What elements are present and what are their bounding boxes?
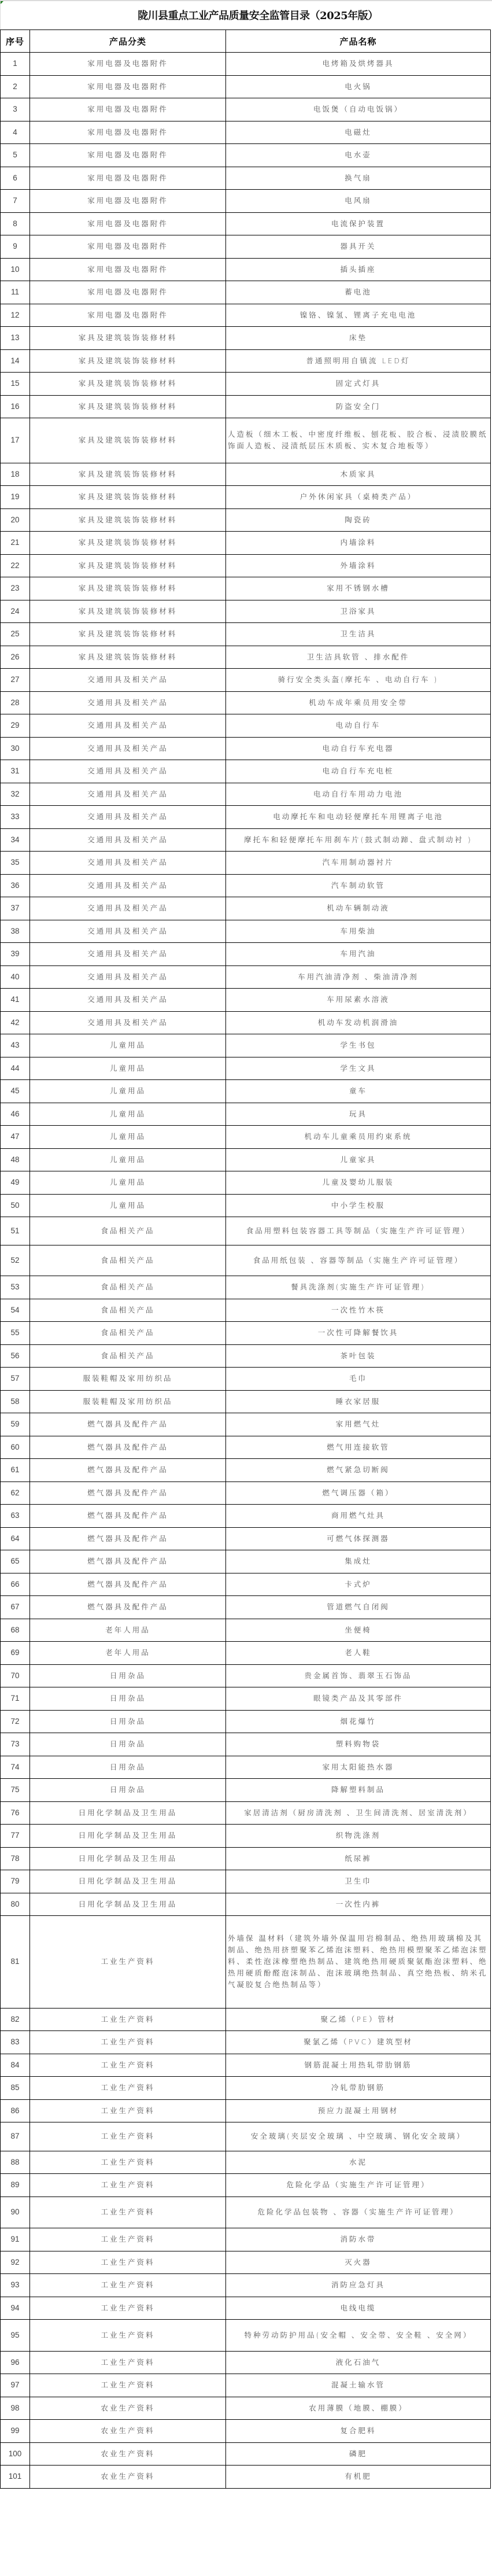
cell-seq[interactable]: 72	[1, 1710, 30, 1733]
cell-product-name[interactable]: 学生文具	[226, 1057, 491, 1080]
cell-category[interactable]: 交通用具及相关产品	[30, 669, 226, 692]
cell-seq[interactable]: 1	[1, 53, 30, 76]
cell-product-name[interactable]: 安全玻璃(夹层安全玻璃 、中空玻璃、钢化安全玻璃）	[226, 2122, 491, 2151]
cell-seq[interactable]: 62	[1, 1482, 30, 1505]
cell-product-name[interactable]: 消防应急灯具	[226, 2274, 491, 2297]
cell-category[interactable]: 儿童用品	[30, 1171, 226, 1195]
cell-seq[interactable]: 76	[1, 1801, 30, 1825]
cell-seq[interactable]: 14	[1, 349, 30, 373]
cell-category[interactable]: 家具及建筑装饰装修材料	[30, 349, 226, 373]
cell-category[interactable]: 交通用具及相关产品	[30, 760, 226, 783]
cell-product-name[interactable]: 液化石油气	[226, 2351, 491, 2374]
cell-category[interactable]: 工业生产资料	[30, 2077, 226, 2100]
cell-product-name[interactable]: 电水壶	[226, 144, 491, 167]
cell-product-name[interactable]: 电动自行车用动力电池	[226, 783, 491, 806]
cell-product-name[interactable]: 一次性可降解餐饮具	[226, 1322, 491, 1345]
cell-category[interactable]: 家用电器及电器附件	[30, 258, 226, 281]
cell-seq[interactable]: 82	[1, 2008, 30, 2031]
cell-product-name[interactable]: 茶叶包装	[226, 1344, 491, 1368]
cell-seq[interactable]: 67	[1, 1596, 30, 1619]
cell-seq[interactable]: 63	[1, 1505, 30, 1528]
cell-category[interactable]: 工业生产资料	[30, 2054, 226, 2077]
cell-seq[interactable]: 49	[1, 1171, 30, 1195]
cell-product-name[interactable]: 燃气紧急切断阀	[226, 1459, 491, 1482]
cell-seq[interactable]: 45	[1, 1080, 30, 1103]
cell-seq[interactable]: 74	[1, 1756, 30, 1779]
cell-seq[interactable]: 3	[1, 98, 30, 121]
cell-seq[interactable]: 31	[1, 760, 30, 783]
cell-category[interactable]: 家用电器及电器附件	[30, 98, 226, 121]
cell-category[interactable]: 交通用具及相关产品	[30, 828, 226, 852]
cell-category[interactable]: 儿童用品	[30, 1148, 226, 1171]
cell-category[interactable]: 燃气器具及配件产品	[30, 1505, 226, 1528]
cell-product-name[interactable]: 外墙涂料	[226, 554, 491, 577]
cell-category[interactable]: 日用杂品	[30, 1779, 226, 1802]
cell-product-name[interactable]: 卫生洁具	[226, 623, 491, 646]
cell-product-name[interactable]: 预应力混凝土用钢材	[226, 2099, 491, 2122]
cell-category[interactable]: 家具及建筑装饰装修材料	[30, 373, 226, 396]
cell-seq[interactable]: 86	[1, 2099, 30, 2122]
cell-category[interactable]: 交通用具及相关产品	[30, 874, 226, 897]
cell-category[interactable]: 家用电器及电器附件	[30, 235, 226, 259]
cell-seq[interactable]: 16	[1, 395, 30, 418]
cell-product-name[interactable]: 食品用纸包装 、容器等制品（实施生产许可证管理）	[226, 1245, 491, 1276]
cell-product-name[interactable]: 织物洗涤剂	[226, 1825, 491, 1848]
cell-category[interactable]: 日用化学制品及卫生用品	[30, 1893, 226, 1916]
cell-category[interactable]: 服装鞋帽及家用纺织品	[30, 1390, 226, 1413]
cell-seq[interactable]: 2	[1, 75, 30, 98]
cell-category[interactable]: 日用化学制品及卫生用品	[30, 1825, 226, 1848]
cell-category[interactable]: 交通用具及相关产品	[30, 989, 226, 1012]
cell-category[interactable]: 家具及建筑装饰装修材料	[30, 600, 226, 623]
cell-product-name[interactable]: 电磁灶	[226, 121, 491, 144]
cell-seq[interactable]: 96	[1, 2351, 30, 2374]
cell-seq[interactable]: 66	[1, 1573, 30, 1596]
cell-product-name[interactable]: 玩具	[226, 1103, 491, 1126]
cell-category[interactable]: 燃气器具及配件产品	[30, 1550, 226, 1573]
cell-product-name[interactable]: 食品用塑料包装容器工具等制品（实施生产许可证管理）	[226, 1217, 491, 1245]
cell-category[interactable]: 儿童用品	[30, 1034, 226, 1057]
cell-category[interactable]: 交通用具及相关产品	[30, 714, 226, 738]
cell-seq[interactable]: 30	[1, 737, 30, 760]
cell-product-name[interactable]: 可燃气体探测器	[226, 1527, 491, 1550]
cell-category[interactable]: 日用杂品	[30, 1756, 226, 1779]
cell-category[interactable]: 农业生产资料	[30, 2466, 226, 2489]
cell-category[interactable]: 家具及建筑装饰装修材料	[30, 486, 226, 509]
cell-product-name[interactable]: 机动车儿童乘员用约束系统	[226, 1126, 491, 1149]
cell-seq[interactable]: 56	[1, 1344, 30, 1368]
cell-product-name[interactable]: 燃气调压器（箱）	[226, 1482, 491, 1505]
cell-seq[interactable]: 58	[1, 1390, 30, 1413]
cell-product-name[interactable]: 眼镜类产品及其零部件	[226, 1687, 491, 1711]
cell-product-name[interactable]: 家用太阳能热水器	[226, 1756, 491, 1779]
cell-product-name[interactable]: 一次性竹木筷	[226, 1299, 491, 1322]
cell-seq[interactable]: 85	[1, 2077, 30, 2100]
cell-seq[interactable]: 19	[1, 486, 30, 509]
cell-category[interactable]: 工业生产资料	[30, 2122, 226, 2151]
cell-category[interactable]: 交通用具及相关产品	[30, 806, 226, 829]
cell-category[interactable]: 工业生产资料	[30, 2320, 226, 2352]
cell-category[interactable]: 家具及建筑装饰装修材料	[30, 577, 226, 600]
cell-category[interactable]: 日用杂品	[30, 1733, 226, 1756]
cell-category[interactable]: 燃气器具及配件产品	[30, 1573, 226, 1596]
cell-product-name[interactable]: 电饭煲（自动电饭锅）	[226, 98, 491, 121]
cell-seq[interactable]: 61	[1, 1459, 30, 1482]
cell-category[interactable]: 工业生产资料	[30, 2274, 226, 2297]
cell-product-name[interactable]: 车用柴油	[226, 920, 491, 943]
cell-seq[interactable]: 8	[1, 212, 30, 235]
cell-category[interactable]: 家具及建筑装饰装修材料	[30, 327, 226, 350]
cell-product-name[interactable]: 汽车制动软管	[226, 874, 491, 897]
cell-seq[interactable]: 42	[1, 1011, 30, 1034]
cell-category[interactable]: 日用化学制品及卫生用品	[30, 1801, 226, 1825]
cell-seq[interactable]: 12	[1, 304, 30, 327]
cell-product-name[interactable]: 外墙保 温材料（建筑外墙外保温用岩棉制品、绝热用玻璃棉及其制品、绝热用挤塑聚苯乙…	[226, 1916, 491, 2009]
cell-seq[interactable]: 36	[1, 874, 30, 897]
cell-category[interactable]: 交通用具及相关产品	[30, 691, 226, 714]
cell-category[interactable]: 工业生产资料	[30, 2228, 226, 2251]
cell-product-name[interactable]: 镍铬、镍氢、锂离子充电电池	[226, 304, 491, 327]
cell-seq[interactable]: 11	[1, 281, 30, 304]
cell-product-name[interactable]: 防盗安全门	[226, 395, 491, 418]
cell-product-name[interactable]: 摩托车和轻便摩托车用刹车片(鼓式制动蹄、盘式制动衬 )	[226, 828, 491, 852]
cell-seq[interactable]: 20	[1, 508, 30, 532]
cell-seq[interactable]: 35	[1, 852, 30, 875]
cell-product-name[interactable]: 学生书包	[226, 1034, 491, 1057]
cell-seq[interactable]: 94	[1, 2297, 30, 2320]
cell-seq[interactable]: 69	[1, 1642, 30, 1665]
cell-seq[interactable]: 44	[1, 1057, 30, 1080]
cell-category[interactable]: 交通用具及相关产品	[30, 737, 226, 760]
cell-category[interactable]: 食品相关产品	[30, 1299, 226, 1322]
cell-product-name[interactable]: 固定式灯具	[226, 373, 491, 396]
cell-seq[interactable]: 13	[1, 327, 30, 350]
cell-seq[interactable]: 5	[1, 144, 30, 167]
cell-category[interactable]: 儿童用品	[30, 1080, 226, 1103]
cell-seq[interactable]: 64	[1, 1527, 30, 1550]
cell-product-name[interactable]: 电动自行车充电器	[226, 737, 491, 760]
cell-category[interactable]: 交通用具及相关产品	[30, 897, 226, 920]
cell-category[interactable]: 食品相关产品	[30, 1245, 226, 1276]
cell-seq[interactable]: 50	[1, 1194, 30, 1217]
cell-product-name[interactable]: 儿童家具	[226, 1148, 491, 1171]
cell-product-name[interactable]: 家用不锈钢水槽	[226, 577, 491, 600]
cell-product-name[interactable]: 复合肥料	[226, 2420, 491, 2443]
cell-category[interactable]: 交通用具及相关产品	[30, 783, 226, 806]
cell-seq[interactable]: 26	[1, 646, 30, 669]
cell-seq[interactable]: 99	[1, 2420, 30, 2443]
cell-category[interactable]: 燃气器具及配件产品	[30, 1482, 226, 1505]
cell-category[interactable]: 家具及建筑装饰装修材料	[30, 418, 226, 463]
cell-seq[interactable]: 27	[1, 669, 30, 692]
cell-category[interactable]: 食品相关产品	[30, 1344, 226, 1368]
cell-seq[interactable]: 68	[1, 1619, 30, 1642]
cell-product-name[interactable]: 烟花爆竹	[226, 1710, 491, 1733]
cell-product-name[interactable]: 电动摩托车和电动轻便摩托车用锂离子电池	[226, 806, 491, 829]
cell-seq[interactable]: 77	[1, 1825, 30, 1848]
cell-product-name[interactable]: 卡式炉	[226, 1573, 491, 1596]
cell-category[interactable]: 工业生产资料	[30, 2099, 226, 2122]
cell-seq[interactable]: 34	[1, 828, 30, 852]
cell-seq[interactable]: 46	[1, 1103, 30, 1126]
cell-category[interactable]: 服装鞋帽及家用纺织品	[30, 1368, 226, 1391]
cell-seq[interactable]: 59	[1, 1413, 30, 1436]
cell-seq[interactable]: 80	[1, 1893, 30, 1916]
cell-seq[interactable]: 4	[1, 121, 30, 144]
cell-seq[interactable]: 93	[1, 2274, 30, 2297]
cell-seq[interactable]: 57	[1, 1368, 30, 1391]
cell-category[interactable]: 农业生产资料	[30, 2397, 226, 2420]
cell-seq[interactable]: 22	[1, 554, 30, 577]
cell-product-name[interactable]: 电烤箱及烘烤器具	[226, 53, 491, 76]
cell-seq[interactable]: 40	[1, 965, 30, 989]
cell-product-name[interactable]: 童车	[226, 1080, 491, 1103]
cell-product-name[interactable]: 危险化学品包装物 、容器（实施生产许可证管理）	[226, 2197, 491, 2228]
cell-category[interactable]: 日用化学制品及卫生用品	[30, 1847, 226, 1870]
cell-seq[interactable]: 75	[1, 1779, 30, 1802]
cell-seq[interactable]: 29	[1, 714, 30, 738]
cell-product-name[interactable]: 木质家具	[226, 463, 491, 486]
cell-category[interactable]: 儿童用品	[30, 1194, 226, 1217]
cell-category[interactable]: 老年人用品	[30, 1619, 226, 1642]
cell-seq[interactable]: 18	[1, 463, 30, 486]
cell-seq[interactable]: 73	[1, 1733, 30, 1756]
cell-category[interactable]: 家用电器及电器附件	[30, 190, 226, 213]
cell-seq[interactable]: 78	[1, 1847, 30, 1870]
cell-seq[interactable]: 38	[1, 920, 30, 943]
cell-category[interactable]: 工业生产资料	[30, 2151, 226, 2174]
cell-product-name[interactable]: 车用汽油	[226, 943, 491, 966]
cell-category[interactable]: 工业生产资料	[30, 2374, 226, 2397]
cell-product-name[interactable]: 人造板（细木工板、中密度纤维板、刨花板、胶合板、浸渍胶膜纸饰面人造板、浸渍纸层压…	[226, 418, 491, 463]
cell-category[interactable]: 家具及建筑装饰装修材料	[30, 623, 226, 646]
cell-category[interactable]: 交通用具及相关产品	[30, 1011, 226, 1034]
cell-product-name[interactable]: 一次性内裤	[226, 1893, 491, 1916]
cell-product-name[interactable]: 器具开关	[226, 235, 491, 259]
cell-product-name[interactable]: 餐具洗涤剂(实施生产许可证管理)	[226, 1276, 491, 1299]
cell-product-name[interactable]: 内墙涂料	[226, 532, 491, 555]
cell-seq[interactable]: 90	[1, 2197, 30, 2228]
cell-category[interactable]: 家具及建筑装饰装修材料	[30, 395, 226, 418]
cell-product-name[interactable]: 坐便椅	[226, 1619, 491, 1642]
cell-product-name[interactable]: 蓄电池	[226, 281, 491, 304]
cell-category[interactable]: 工业生产资料	[30, 2251, 226, 2274]
cell-seq[interactable]: 33	[1, 806, 30, 829]
cell-product-name[interactable]: 电火锅	[226, 75, 491, 98]
cell-category[interactable]: 家具及建筑装饰装修材料	[30, 554, 226, 577]
cell-seq[interactable]: 84	[1, 2054, 30, 2077]
cell-product-name[interactable]: 换气扇	[226, 167, 491, 190]
cell-category[interactable]: 家用电器及电器附件	[30, 281, 226, 304]
cell-seq[interactable]: 101	[1, 2466, 30, 2489]
cell-seq[interactable]: 71	[1, 1687, 30, 1711]
cell-seq[interactable]: 89	[1, 2174, 30, 2197]
cell-product-name[interactable]: 特种劳动防护用品(安全帽 、安全带、安全鞋 、安全网）	[226, 2320, 491, 2352]
cell-category[interactable]: 家用电器及电器附件	[30, 144, 226, 167]
cell-product-name[interactable]: 陶瓷砖	[226, 508, 491, 532]
cell-product-name[interactable]: 降解塑料制品	[226, 1779, 491, 1802]
cell-category[interactable]: 工业生产资料	[30, 1916, 226, 2009]
cell-seq[interactable]: 100	[1, 2442, 30, 2466]
cell-product-name[interactable]: 混凝土输水管	[226, 2374, 491, 2397]
cell-product-name[interactable]: 车用汽油清净剂 、柴油清净剂	[226, 965, 491, 989]
cell-category[interactable]: 燃气器具及配件产品	[30, 1596, 226, 1619]
cell-category[interactable]: 工业生产资料	[30, 2008, 226, 2031]
cell-seq[interactable]: 55	[1, 1322, 30, 1345]
cell-product-name[interactable]: 磷肥	[226, 2442, 491, 2466]
cell-category[interactable]: 家用电器及电器附件	[30, 121, 226, 144]
cell-seq[interactable]: 28	[1, 691, 30, 714]
cell-seq[interactable]: 15	[1, 373, 30, 396]
cell-product-name[interactable]: 电动自行车充电桩	[226, 760, 491, 783]
cell-seq[interactable]: 37	[1, 897, 30, 920]
cell-product-name[interactable]: 聚氯乙烯（PVC）建筑型材	[226, 2031, 491, 2054]
cell-category[interactable]: 家用电器及电器附件	[30, 167, 226, 190]
cell-product-name[interactable]: 消防水带	[226, 2228, 491, 2251]
cell-product-name[interactable]: 管道燃气自闭阀	[226, 1596, 491, 1619]
cell-product-name[interactable]: 家居清洁剂（厨房清洗剂 、卫生间清洗剂、居室清洗剂）	[226, 1801, 491, 1825]
cell-product-name[interactable]: 水泥	[226, 2151, 491, 2174]
cell-seq[interactable]: 95	[1, 2320, 30, 2352]
cell-product-name[interactable]: 汽车用制动器衬片	[226, 852, 491, 875]
cell-seq[interactable]: 41	[1, 989, 30, 1012]
cell-product-name[interactable]: 床垫	[226, 327, 491, 350]
cell-seq[interactable]: 23	[1, 577, 30, 600]
cell-category[interactable]: 家具及建筑装饰装修材料	[30, 463, 226, 486]
cell-seq[interactable]: 48	[1, 1148, 30, 1171]
cell-seq[interactable]: 53	[1, 1276, 30, 1299]
cell-product-name[interactable]: 电线电缆	[226, 2297, 491, 2320]
cell-seq[interactable]: 97	[1, 2374, 30, 2397]
cell-category[interactable]: 交通用具及相关产品	[30, 965, 226, 989]
cell-product-name[interactable]: 普通照明用自镇流 LED灯	[226, 349, 491, 373]
cell-product-name[interactable]: 儿童及婴幼儿服装	[226, 1171, 491, 1195]
cell-seq[interactable]: 17	[1, 418, 30, 463]
cell-category[interactable]: 日用杂品	[30, 1710, 226, 1733]
cell-product-name[interactable]: 商用燃气灶具	[226, 1505, 491, 1528]
cell-product-name[interactable]: 贵金属首饰、翡翠玉石饰品	[226, 1664, 491, 1687]
cell-category[interactable]: 儿童用品	[30, 1103, 226, 1126]
cell-product-name[interactable]: 机动车成年乘员用安全带	[226, 691, 491, 714]
cell-seq[interactable]: 52	[1, 1245, 30, 1276]
cell-product-name[interactable]: 户外休闲家具（桌椅类产品）	[226, 486, 491, 509]
cell-category[interactable]: 工业生产资料	[30, 2031, 226, 2054]
cell-category[interactable]: 食品相关产品	[30, 1276, 226, 1299]
cell-seq[interactable]: 6	[1, 167, 30, 190]
cell-category[interactable]: 工业生产资料	[30, 2174, 226, 2197]
cell-seq[interactable]: 39	[1, 943, 30, 966]
cell-category[interactable]: 家用电器及电器附件	[30, 304, 226, 327]
cell-seq[interactable]: 91	[1, 2228, 30, 2251]
cell-category[interactable]: 食品相关产品	[30, 1322, 226, 1345]
cell-seq[interactable]: 60	[1, 1436, 30, 1459]
cell-seq[interactable]: 79	[1, 1870, 30, 1893]
cell-category[interactable]: 燃气器具及配件产品	[30, 1436, 226, 1459]
cell-category[interactable]: 燃气器具及配件产品	[30, 1413, 226, 1436]
cell-product-name[interactable]: 有机肥	[226, 2466, 491, 2489]
cell-product-name[interactable]: 机动车辆制动液	[226, 897, 491, 920]
cell-product-name[interactable]: 危险化学品（实施生产许可证管理）	[226, 2174, 491, 2197]
cell-seq[interactable]: 81	[1, 1916, 30, 2009]
cell-category[interactable]: 家具及建筑装饰装修材料	[30, 646, 226, 669]
cell-category[interactable]: 家用电器及电器附件	[30, 212, 226, 235]
cell-seq[interactable]: 98	[1, 2397, 30, 2420]
cell-category[interactable]: 工业生产资料	[30, 2351, 226, 2374]
cell-product-name[interactable]: 睡衣家居服	[226, 1390, 491, 1413]
cell-seq[interactable]: 65	[1, 1550, 30, 1573]
cell-product-name[interactable]: 卫浴家具	[226, 600, 491, 623]
cell-seq[interactable]: 83	[1, 2031, 30, 2054]
cell-seq[interactable]: 88	[1, 2151, 30, 2174]
cell-category[interactable]: 家用电器及电器附件	[30, 75, 226, 98]
cell-category[interactable]: 工业生产资料	[30, 2197, 226, 2228]
cell-category[interactable]: 交通用具及相关产品	[30, 852, 226, 875]
cell-category[interactable]: 工业生产资料	[30, 2297, 226, 2320]
cell-product-name[interactable]: 毛巾	[226, 1368, 491, 1391]
cell-category[interactable]: 家具及建筑装饰装修材料	[30, 508, 226, 532]
cell-product-name[interactable]: 塑料购物袋	[226, 1733, 491, 1756]
cell-product-name[interactable]: 车用尿素水溶液	[226, 989, 491, 1012]
cell-product-name[interactable]: 农用薄膜（地膜、棚膜）	[226, 2397, 491, 2420]
cell-product-name[interactable]: 纸尿裤	[226, 1847, 491, 1870]
cell-seq[interactable]: 32	[1, 783, 30, 806]
cell-category[interactable]: 农业生产资料	[30, 2420, 226, 2443]
cell-product-name[interactable]: 机动车发动机润滑油	[226, 1011, 491, 1034]
cell-product-name[interactable]: 电动自行车	[226, 714, 491, 738]
cell-category[interactable]: 家具及建筑装饰装修材料	[30, 532, 226, 555]
cell-category[interactable]: 家用电器及电器附件	[30, 53, 226, 76]
cell-category[interactable]: 儿童用品	[30, 1126, 226, 1149]
cell-category[interactable]: 日用杂品	[30, 1687, 226, 1711]
cell-category[interactable]: 儿童用品	[30, 1057, 226, 1080]
cell-seq[interactable]: 92	[1, 2251, 30, 2274]
cell-product-name[interactable]: 家用燃气灶	[226, 1413, 491, 1436]
cell-category[interactable]: 食品相关产品	[30, 1217, 226, 1245]
cell-product-name[interactable]: 灭火器	[226, 2251, 491, 2274]
cell-product-name[interactable]: 电风扇	[226, 190, 491, 213]
cell-seq[interactable]: 87	[1, 2122, 30, 2151]
cell-product-name[interactable]: 集成灶	[226, 1550, 491, 1573]
cell-product-name[interactable]: 燃气用连接软管	[226, 1436, 491, 1459]
cell-seq[interactable]: 70	[1, 1664, 30, 1687]
cell-product-name[interactable]: 老人鞋	[226, 1642, 491, 1665]
cell-category[interactable]: 日用化学制品及卫生用品	[30, 1870, 226, 1893]
cell-category[interactable]: 交通用具及相关产品	[30, 920, 226, 943]
cell-category[interactable]: 交通用具及相关产品	[30, 943, 226, 966]
cell-seq[interactable]: 24	[1, 600, 30, 623]
cell-seq[interactable]: 51	[1, 1217, 30, 1245]
cell-category[interactable]: 农业生产资料	[30, 2442, 226, 2466]
cell-seq[interactable]: 9	[1, 235, 30, 259]
cell-seq[interactable]: 10	[1, 258, 30, 281]
cell-product-name[interactable]: 钢筋混凝土用热轧带肋钢筋	[226, 2054, 491, 2077]
cell-seq[interactable]: 47	[1, 1126, 30, 1149]
cell-product-name[interactable]: 骑行安全类头盔(摩托车 、电动自行车 )	[226, 669, 491, 692]
cell-seq[interactable]: 7	[1, 190, 30, 213]
cell-category[interactable]: 日用杂品	[30, 1664, 226, 1687]
cell-category[interactable]: 燃气器具及配件产品	[30, 1459, 226, 1482]
cell-product-name[interactable]: 电流保护装置	[226, 212, 491, 235]
cell-product-name[interactable]: 冷轧带肋钢筋	[226, 2077, 491, 2100]
cell-product-name[interactable]: 卫生巾	[226, 1870, 491, 1893]
cell-category[interactable]: 老年人用品	[30, 1642, 226, 1665]
cell-seq[interactable]: 21	[1, 532, 30, 555]
cell-seq[interactable]: 25	[1, 623, 30, 646]
cell-product-name[interactable]: 插头插座	[226, 258, 491, 281]
cell-seq[interactable]: 54	[1, 1299, 30, 1322]
cell-category[interactable]: 燃气器具及配件产品	[30, 1527, 226, 1550]
cell-product-name[interactable]: 中小学生校服	[226, 1194, 491, 1217]
